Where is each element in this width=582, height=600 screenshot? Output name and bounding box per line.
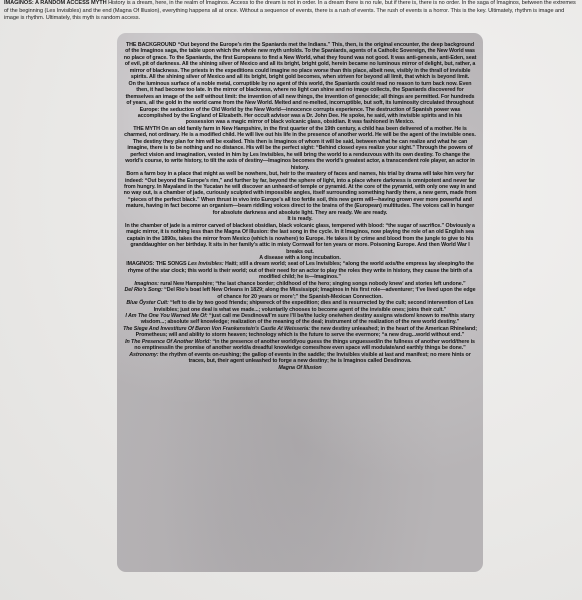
songs-label: IMAGINOS: THE SONGS [126, 261, 186, 267]
song-title: In The Presence Of Another World: [125, 339, 211, 345]
song-text: “Del Rio’s boat left New Orleans in 1829… [164, 287, 475, 299]
song-title: Del Rio’s Song: [125, 287, 163, 293]
song-text: the rhythm of events on-rushing; the gal… [160, 352, 471, 364]
myth-paragraph-3: In the chamber of jade is a mirror carve… [123, 223, 477, 255]
background-paragraph-2: On the luminous surface of a noble metal… [123, 81, 477, 126]
song-entry: Del Rio’s Song: “Del Rio’s boat left New… [123, 287, 477, 300]
song-title: Les Invisibles: [188, 261, 224, 267]
song-title: Astronomy: [129, 352, 158, 358]
myth-section: THE MYTH On an old family farm in New Ha… [123, 126, 477, 171]
myth-text: On an old family farm in New Hampshire, … [124, 126, 476, 171]
intro-paragraph: IMAGINOS: A RANDOM ACCESS MYTH History i… [4, 0, 580, 23]
song-title: The Siege And Investiture Of Baron Von F… [123, 326, 310, 332]
song-entry: Blue Öyster Cult: “left to die by two go… [123, 300, 477, 313]
song-entry: In The Presence Of Another World: “in th… [123, 339, 477, 352]
song-title: I Am The One You Warned Me Of: [125, 313, 207, 319]
liner-notes-panel: THE BACKGROUND “Out beyond the Europe’s … [117, 33, 483, 572]
background-label: THE BACKGROUND [126, 42, 176, 48]
myth-label: THE MYTH [133, 126, 160, 132]
liner-notes-text: THE BACKGROUND “Out beyond the Europe’s … [123, 42, 477, 371]
background-section: THE BACKGROUND “Out beyond the Europe’s … [123, 42, 477, 81]
song-text: “left to die by two good friends; shipwr… [154, 300, 474, 312]
closing-title: Magna Of Illusion [123, 365, 477, 371]
song-entry: I Am The One You Warned Me Of: “just cal… [123, 313, 477, 326]
song-title: Blue Öyster Cult: [126, 300, 168, 306]
background-text: “Out beyond the Europe’s rim the Spaniar… [124, 42, 477, 80]
myth-paragraph-2: Born a farm boy in a place that might as… [123, 171, 477, 216]
songs-section: IMAGINOS: THE SONGS Les Invisibles: Hait… [123, 261, 477, 280]
song-entry: Astronomy: the rhythm of events on-rushi… [123, 352, 477, 365]
song-title: Imaginos: [134, 281, 159, 287]
intro-title: IMAGINOS: A RANDOM ACCESS MYTH [4, 0, 107, 6]
song-entry: The Siege And Investiture Of Baron Von F… [123, 326, 477, 339]
song-text: rural New Hampshire; “the last chance bo… [160, 281, 465, 287]
